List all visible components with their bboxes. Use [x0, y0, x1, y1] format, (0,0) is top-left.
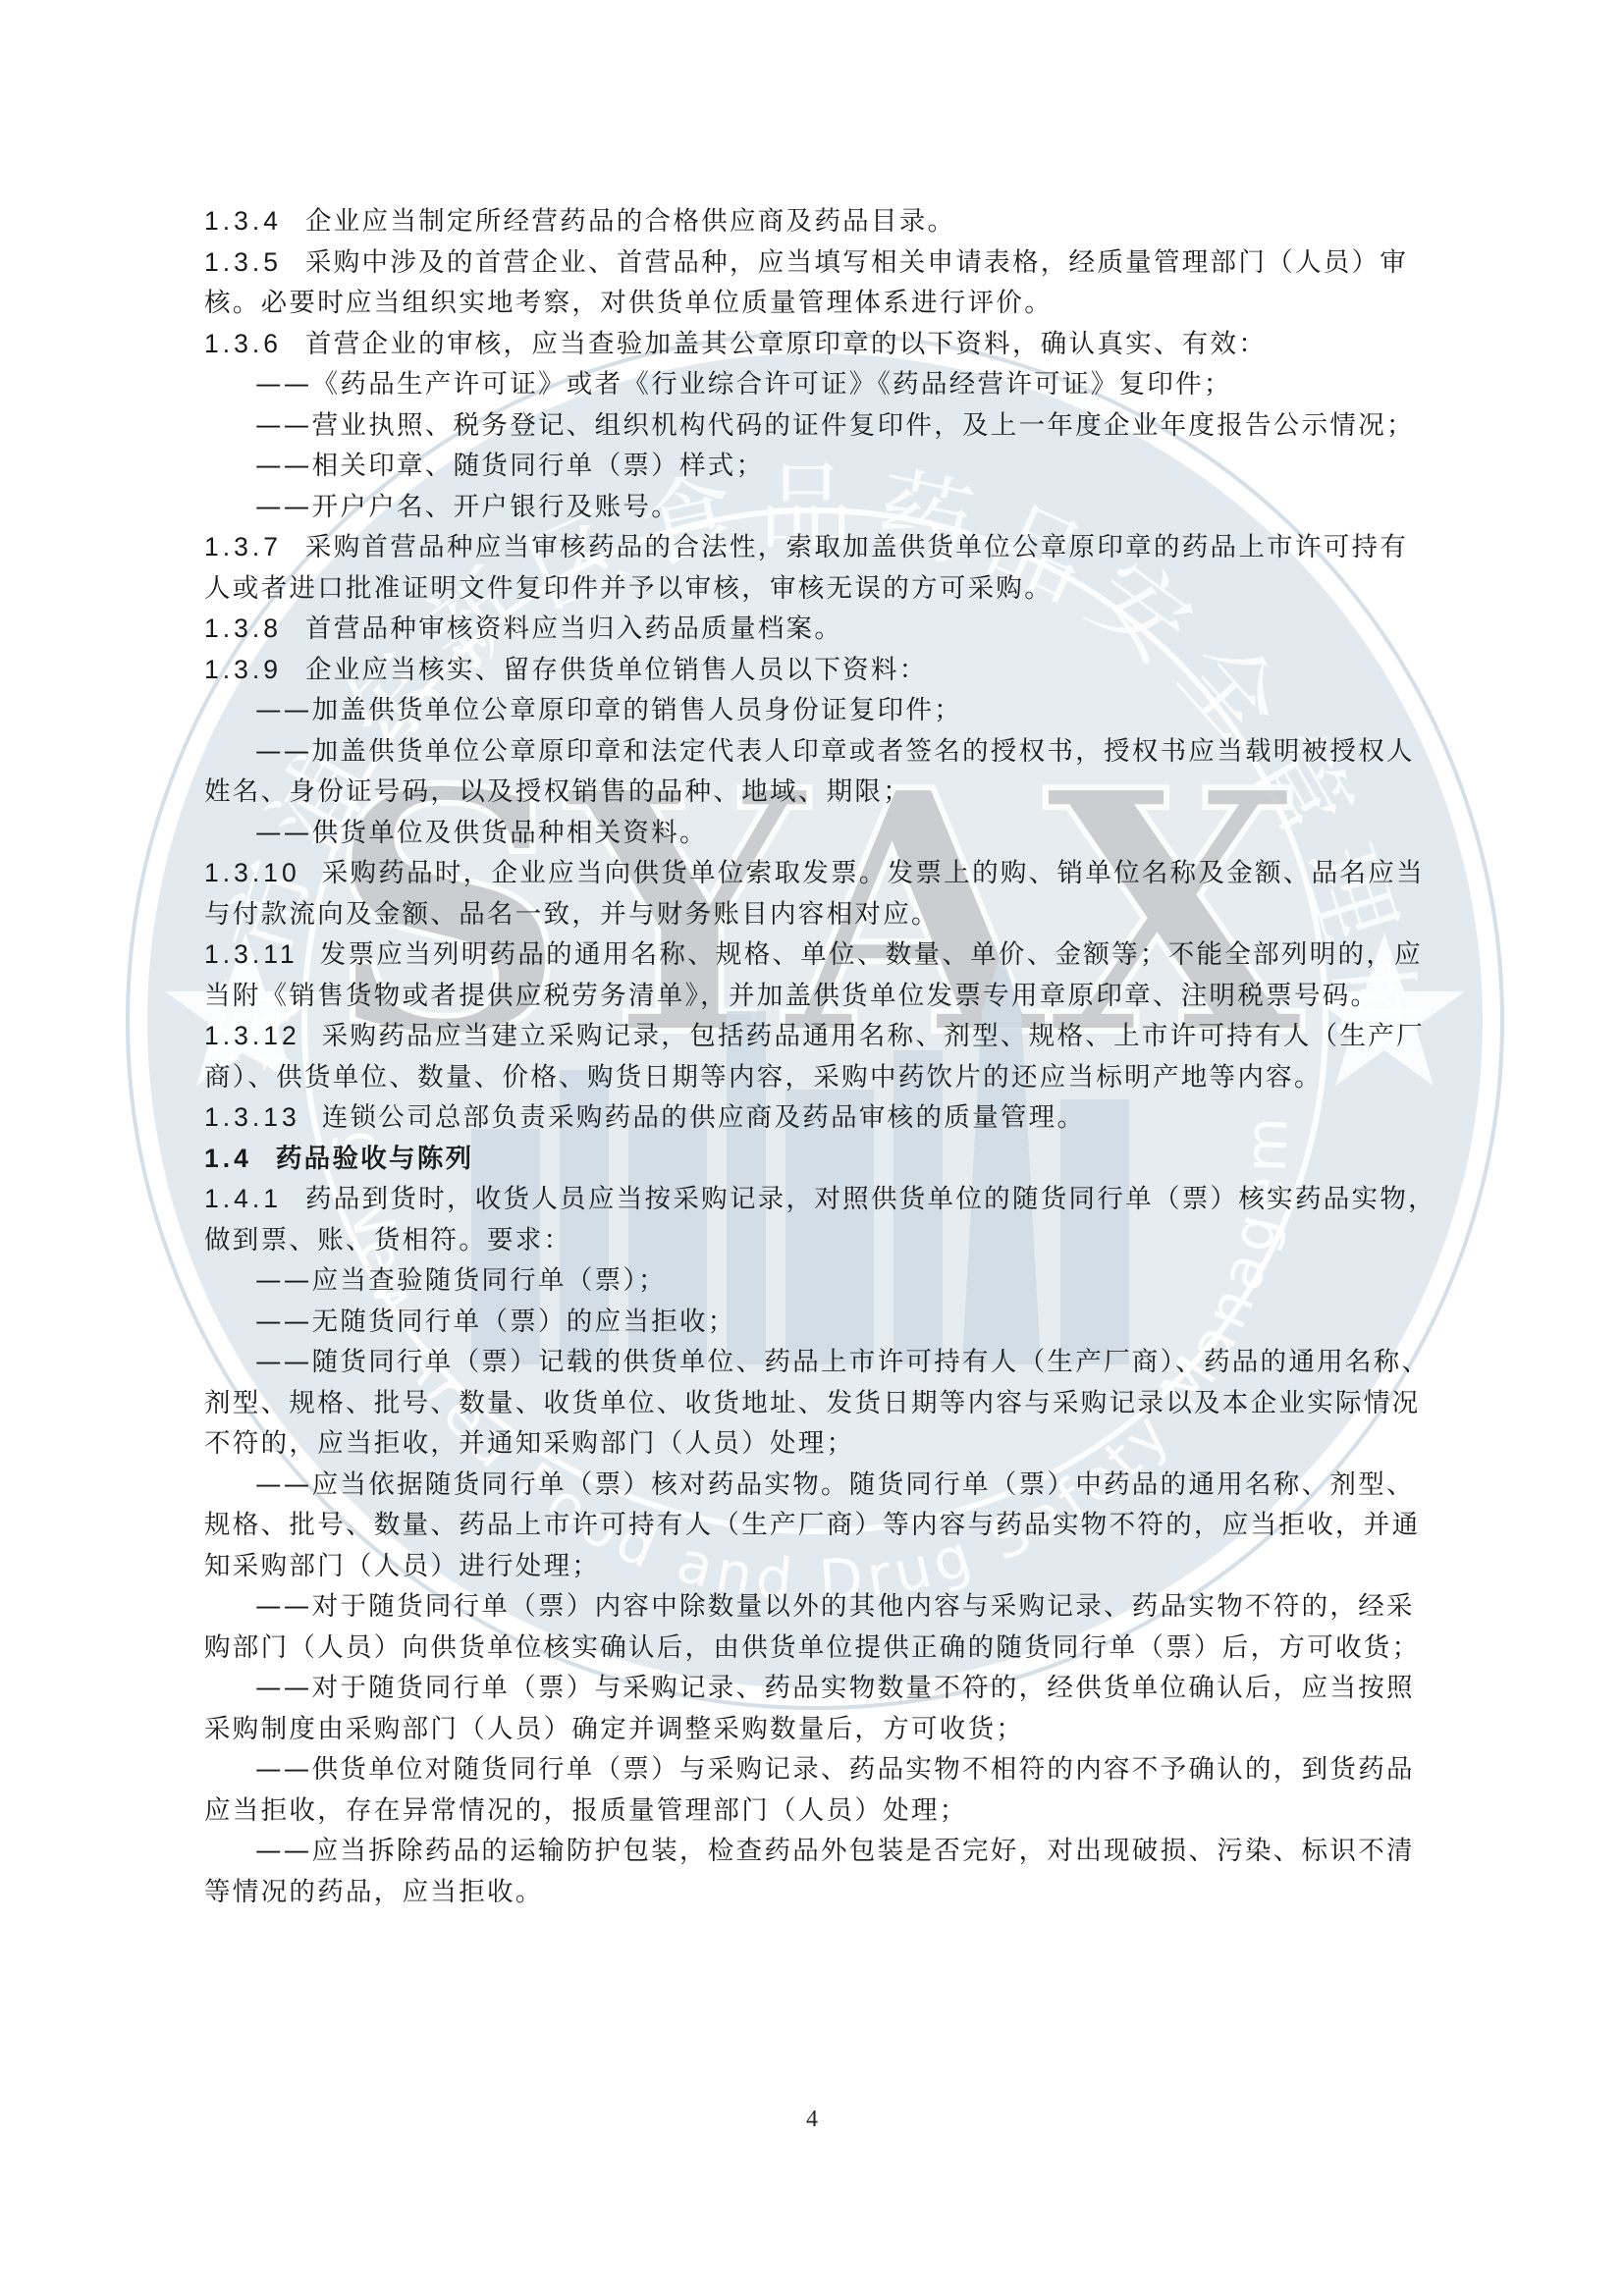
line-1-3-12: 1.3.12采购药品应当建立采购记录，包括药品通用名称、剂型、规格、上市许可持有…: [204, 1021, 1443, 1052]
list-item-cont: 剂型、规格、批号、数量、收货单位、收货地址、发货日期等内容与采购记录以及本企业实…: [204, 1388, 1443, 1419]
list-item: ——应当拆除药品的运输防护包装，检查药品外包装是否完好，对出现破损、污染、标识不…: [204, 1836, 1443, 1867]
line-1-3-10: 1.3.10采购药品时，企业应当向供货单位索取发票。发票上的购、销单位名称及金额…: [204, 858, 1443, 889]
line-1-3-5: 1.3.5采购中涉及的首营企业、首营品种，应当填写相关申请表格，经质量管理部门（…: [204, 247, 1443, 279]
list-item-cont: 采购制度由采购部门（人员）确定并调整采购数量后，方可收货；: [204, 1714, 1443, 1745]
list-item-cont: 不符的，应当拒收，并通知采购部门（人员）处理；: [204, 1428, 1443, 1460]
line-1-3-13: 1.3.13连锁公司总部负责采购药品的供应商及药品审核的质量管理。: [204, 1102, 1443, 1134]
list-item: ——供货单位及供货品种相关资料。: [204, 818, 1443, 849]
line-1-3-11-cont: 当附《销售货物或者提供应税劳务清单》，并加盖供货单位发票专用章原印章、注明税票号…: [204, 981, 1443, 1012]
line-1-3-4: 1.3.4企业应当制定所经营药品的合格供应商及药品目录。: [204, 206, 1443, 238]
line-1-4-1: 1.4.1药品到货时，收货人员应当按采购记录，对照供货单位的随货同行单（票）核实…: [204, 1184, 1443, 1215]
list-item: ——相关印章、随货同行单（票）样式；: [204, 451, 1443, 482]
list-item: ——开户户名、开户银行及账号。: [204, 492, 1443, 523]
list-item-cont: 规格、批号、数量、药品上市许可持有人（生产厂商）等内容与药品实物不符的，应当拒收…: [204, 1510, 1443, 1541]
line-1-3-8: 1.3.8首营品种审核资料应当归入药品质量档案。: [204, 614, 1443, 645]
line-1-3-6: 1.3.6首营企业的审核，应当查验加盖其公章原印章的以下资料，确认真实、有效：: [204, 329, 1443, 360]
list-item-cont: 购部门（人员）向供货单位核实确认后，由供货单位提供正确的随货同行单（票）后，方可…: [204, 1632, 1443, 1664]
list-item: ——无随货同行单（票）的应当拒收；: [204, 1307, 1443, 1338]
line-1-3-12-cont: 商）、供货单位、数量、价格、购货日期等内容，采购中药饮片的还应当标明产地等内容。: [204, 1062, 1443, 1094]
list-item: ——《药品生产许可证》或者《行业综合许可证》《药品经营许可证》复印件；: [204, 369, 1443, 400]
line-1-4-1-cont: 做到票、账、货相符。要求：: [204, 1225, 1443, 1256]
list-item: ——应当查验随货同行单（票）；: [204, 1265, 1443, 1297]
page-number: 4: [0, 2107, 1624, 2133]
line-1-3-5-cont: 核。必要时应当组织实地考察，对供货单位质量管理体系进行评价。: [204, 288, 1443, 319]
line-1-3-11: 1.3.11发票应当列明药品的通用名称、规格、单位、数量、单价、金额等；不能全部…: [204, 939, 1443, 971]
list-item-cont: 知采购部门（人员）进行处理；: [204, 1551, 1443, 1582]
list-item: ——营业执照、税务登记、组织机构代码的证件复印件，及上一年度企业年度报告公示情况…: [204, 410, 1443, 442]
list-item: ——供货单位对随货同行单（票）与采购记录、药品实物不相符的内容不予确认的，到货药…: [204, 1754, 1443, 1786]
line-1-3-7-cont: 人或者进口批准证明文件复印件并予以审核，审核无误的方可采购。: [204, 573, 1443, 605]
line-1-3-9: 1.3.9企业应当核实、留存供货单位销售人员以下资料：: [204, 655, 1443, 686]
line-1-3-10-cont: 与付款流向及金额、品名一致，并与财务账目内容相对应。: [204, 899, 1443, 931]
section-heading-1-4: 1.4药品验收与陈列: [204, 1144, 1443, 1175]
list-item: ——加盖供货单位公章原印章的销售人员身份证复印件；: [204, 695, 1443, 726]
document-body: 1.3.4企业应当制定所经营药品的合格供应商及药品目录。 1.3.5采购中涉及的…: [204, 206, 1443, 1917]
list-item-cont: 姓名、身份证号码，以及授权销售的品种、地域、期限；: [204, 776, 1443, 808]
list-item: ——加盖供货单位公章原印章和法定代表人印章或者签名的授权书，授权书应当载明被授权…: [204, 736, 1443, 768]
list-item: ——对于随货同行单（票）与采购记录、药品实物数量不符的，经供货单位确认后，应当按…: [204, 1673, 1443, 1704]
list-item-cont: 应当拒收，存在异常情况的，报质量管理部门（人员）处理；: [204, 1795, 1443, 1827]
list-item: ——对于随货同行单（票）内容中除数量以外的其他内容与采购记录、药品实物不符的，经…: [204, 1591, 1443, 1623]
list-item: ——随货同行单（票）记载的供货单位、药品上市许可持有人（生产厂商）、药品的通用名…: [204, 1347, 1443, 1378]
list-item-cont: 等情况的药品，应当拒收。: [204, 1877, 1443, 1908]
list-item: ——应当依据随货同行单（票）核对药品实物。随货同行单（票）中药品的通用名称、剂型…: [204, 1469, 1443, 1501]
line-1-3-7: 1.3.7采购首营品种应当审核药品的合法性，索取加盖供货单位公章原印章的药品上市…: [204, 532, 1443, 563]
